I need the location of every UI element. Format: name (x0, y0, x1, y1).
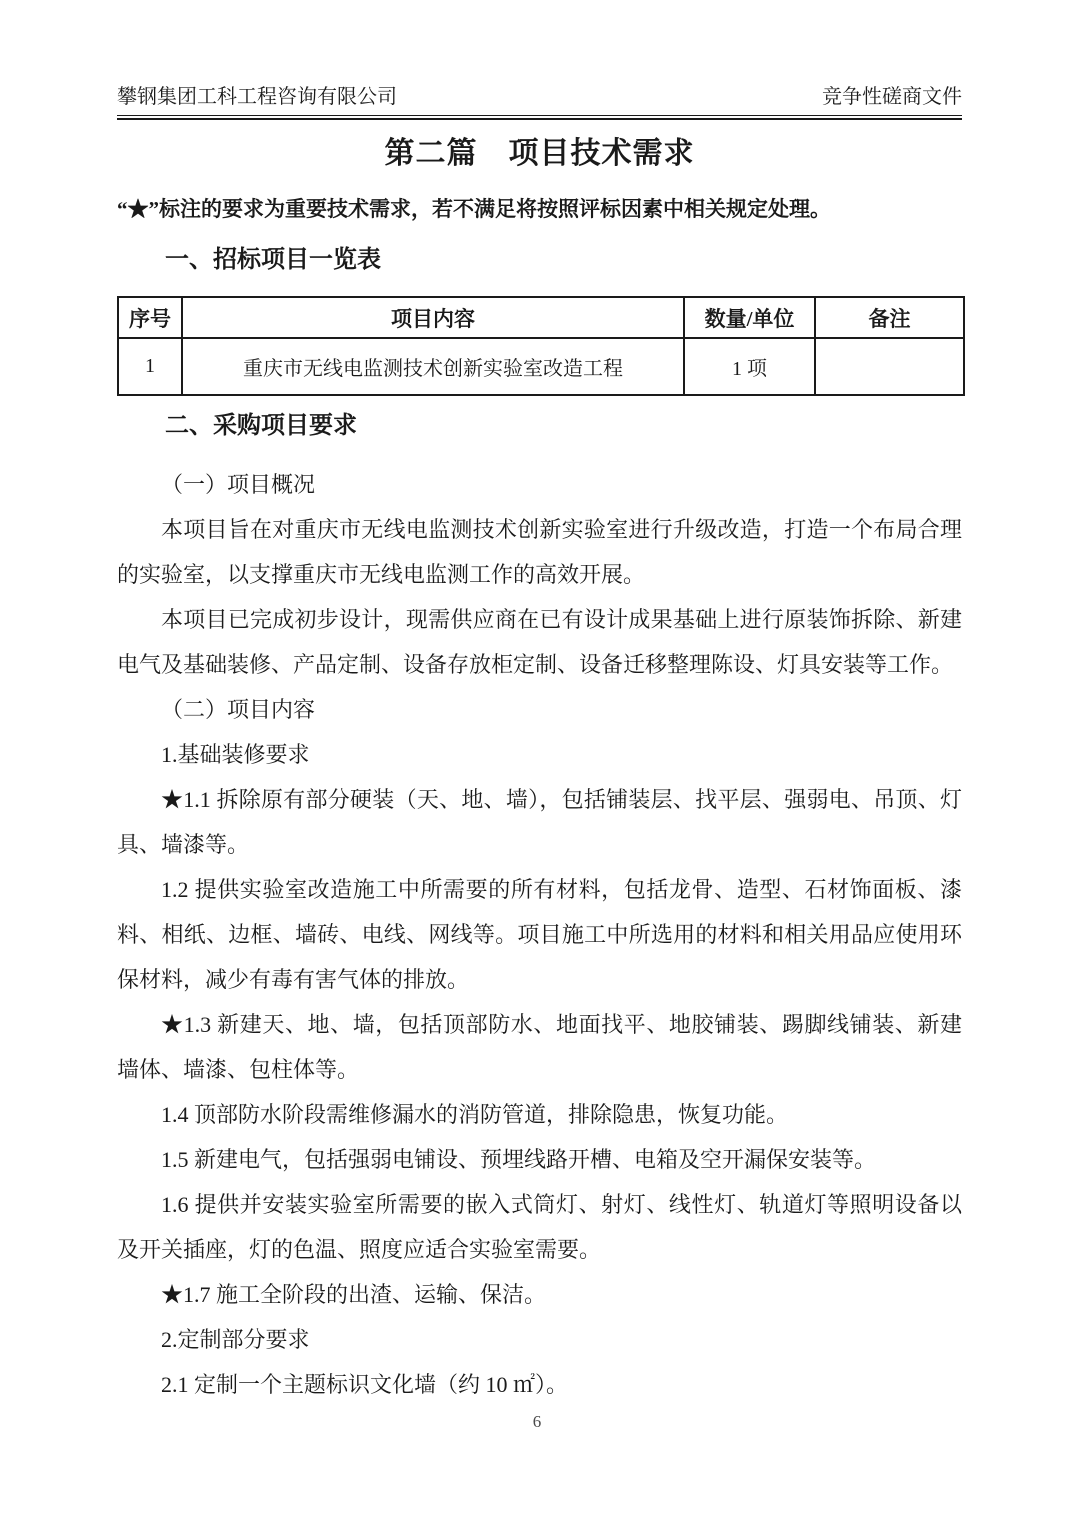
table-header-row: 序号 项目内容 数量/单位 备注 (118, 297, 964, 338)
paragraph-item-1-7: ★1.7 施工全阶段的出渣、运输、保洁。 (117, 1272, 962, 1317)
cell-seq: 1 (118, 338, 182, 395)
page-header: 攀钢集团工科工程咨询有限公司 竞争性磋商文件 (117, 84, 962, 120)
paragraph-item-1-4: 1.4 顶部防水阶段需维修漏水的消防管道，排除隐患，恢复功能。 (117, 1092, 962, 1137)
paragraph-renovation-requirements-heading: 1.基础装修要求 (117, 732, 962, 777)
cell-quantity-unit: 1 项 (684, 338, 815, 395)
paragraph-item-2-1: 2.1 定制一个主题标识文化墙（约 10 ㎡）。 (117, 1362, 962, 1407)
paragraph-item-1-6: 1.6 提供并安装实验室所需要的嵌入式筒灯、射灯、线性灯、轨道灯等照明设备以及开… (117, 1182, 962, 1272)
section-2-heading: 二、采购项目要求 (117, 410, 962, 442)
column-header-project-content: 项目内容 (182, 297, 684, 338)
paragraph-item-1-2: 1.2 提供实验室改造施工中所需要的所有材料，包括龙骨、造型、石材饰面板、漆料、… (117, 867, 962, 1002)
cell-project-content: 重庆市无线电监测技术创新实验室改造工程 (182, 338, 684, 395)
table-row: 1 重庆市无线电监测技术创新实验室改造工程 1 项 (118, 338, 964, 395)
paragraph-item-1-1: ★1.1 拆除原有部分硬装（天、地、墙），包括铺装层、找平层、强弱电、吊顶、灯具… (117, 777, 962, 867)
header-doc-type: 竞争性磋商文件 (822, 84, 962, 110)
paragraph-overview-2: 本项目已完成初步设计，现需供应商在已有设计成果基础上进行原装饰拆除、新建电气及基… (117, 597, 962, 687)
page-number: 6 (0, 1412, 1074, 1432)
section-1-heading: 一、招标项目一览表 (117, 244, 962, 276)
paragraph-item-1-3: ★1.3 新建天、地、墙，包括顶部防水、地面找平、地胶铺装、踢脚线铺装、新建墙体… (117, 1002, 962, 1092)
header-row: 攀钢集团工科工程咨询有限公司 竞争性磋商文件 (117, 84, 962, 110)
column-header-seq: 序号 (118, 297, 182, 338)
paragraph-project-overview-heading: （一）项目概况 (117, 462, 962, 507)
paragraph-custom-requirements-heading: 2.定制部分要求 (117, 1317, 962, 1362)
tender-items-table: 序号 项目内容 数量/单位 备注 1 重庆市无线电监测技术创新实验室改造工程 1… (117, 296, 965, 396)
header-company-name: 攀钢集团工科工程咨询有限公司 (117, 84, 397, 110)
header-rule-thick (117, 118, 962, 120)
cell-remarks (815, 338, 964, 395)
paragraph-project-content-heading: （二）项目内容 (117, 687, 962, 732)
paragraph-overview-1: 本项目旨在对重庆市无线电监测技术创新实验室进行升级改造，打造一个布局合理的实验室… (117, 507, 962, 597)
column-header-remarks: 备注 (815, 297, 964, 338)
document-page: 攀钢集团工科工程咨询有限公司 竞争性磋商文件 第二篇 项目技术需求 “★”标注的… (0, 0, 1074, 1520)
important-requirements-note: “★”标注的要求为重要技术需求，若不满足将按照评标因素中相关规定处理。 (117, 195, 962, 223)
header-rule-thin (117, 115, 962, 116)
page-title: 第二篇 项目技术需求 (117, 133, 962, 175)
column-header-quantity-unit: 数量/单位 (684, 297, 815, 338)
paragraph-item-1-5: 1.5 新建电气，包括强弱电铺设、预埋线路开槽、电箱及空开漏保安装等。 (117, 1137, 962, 1182)
